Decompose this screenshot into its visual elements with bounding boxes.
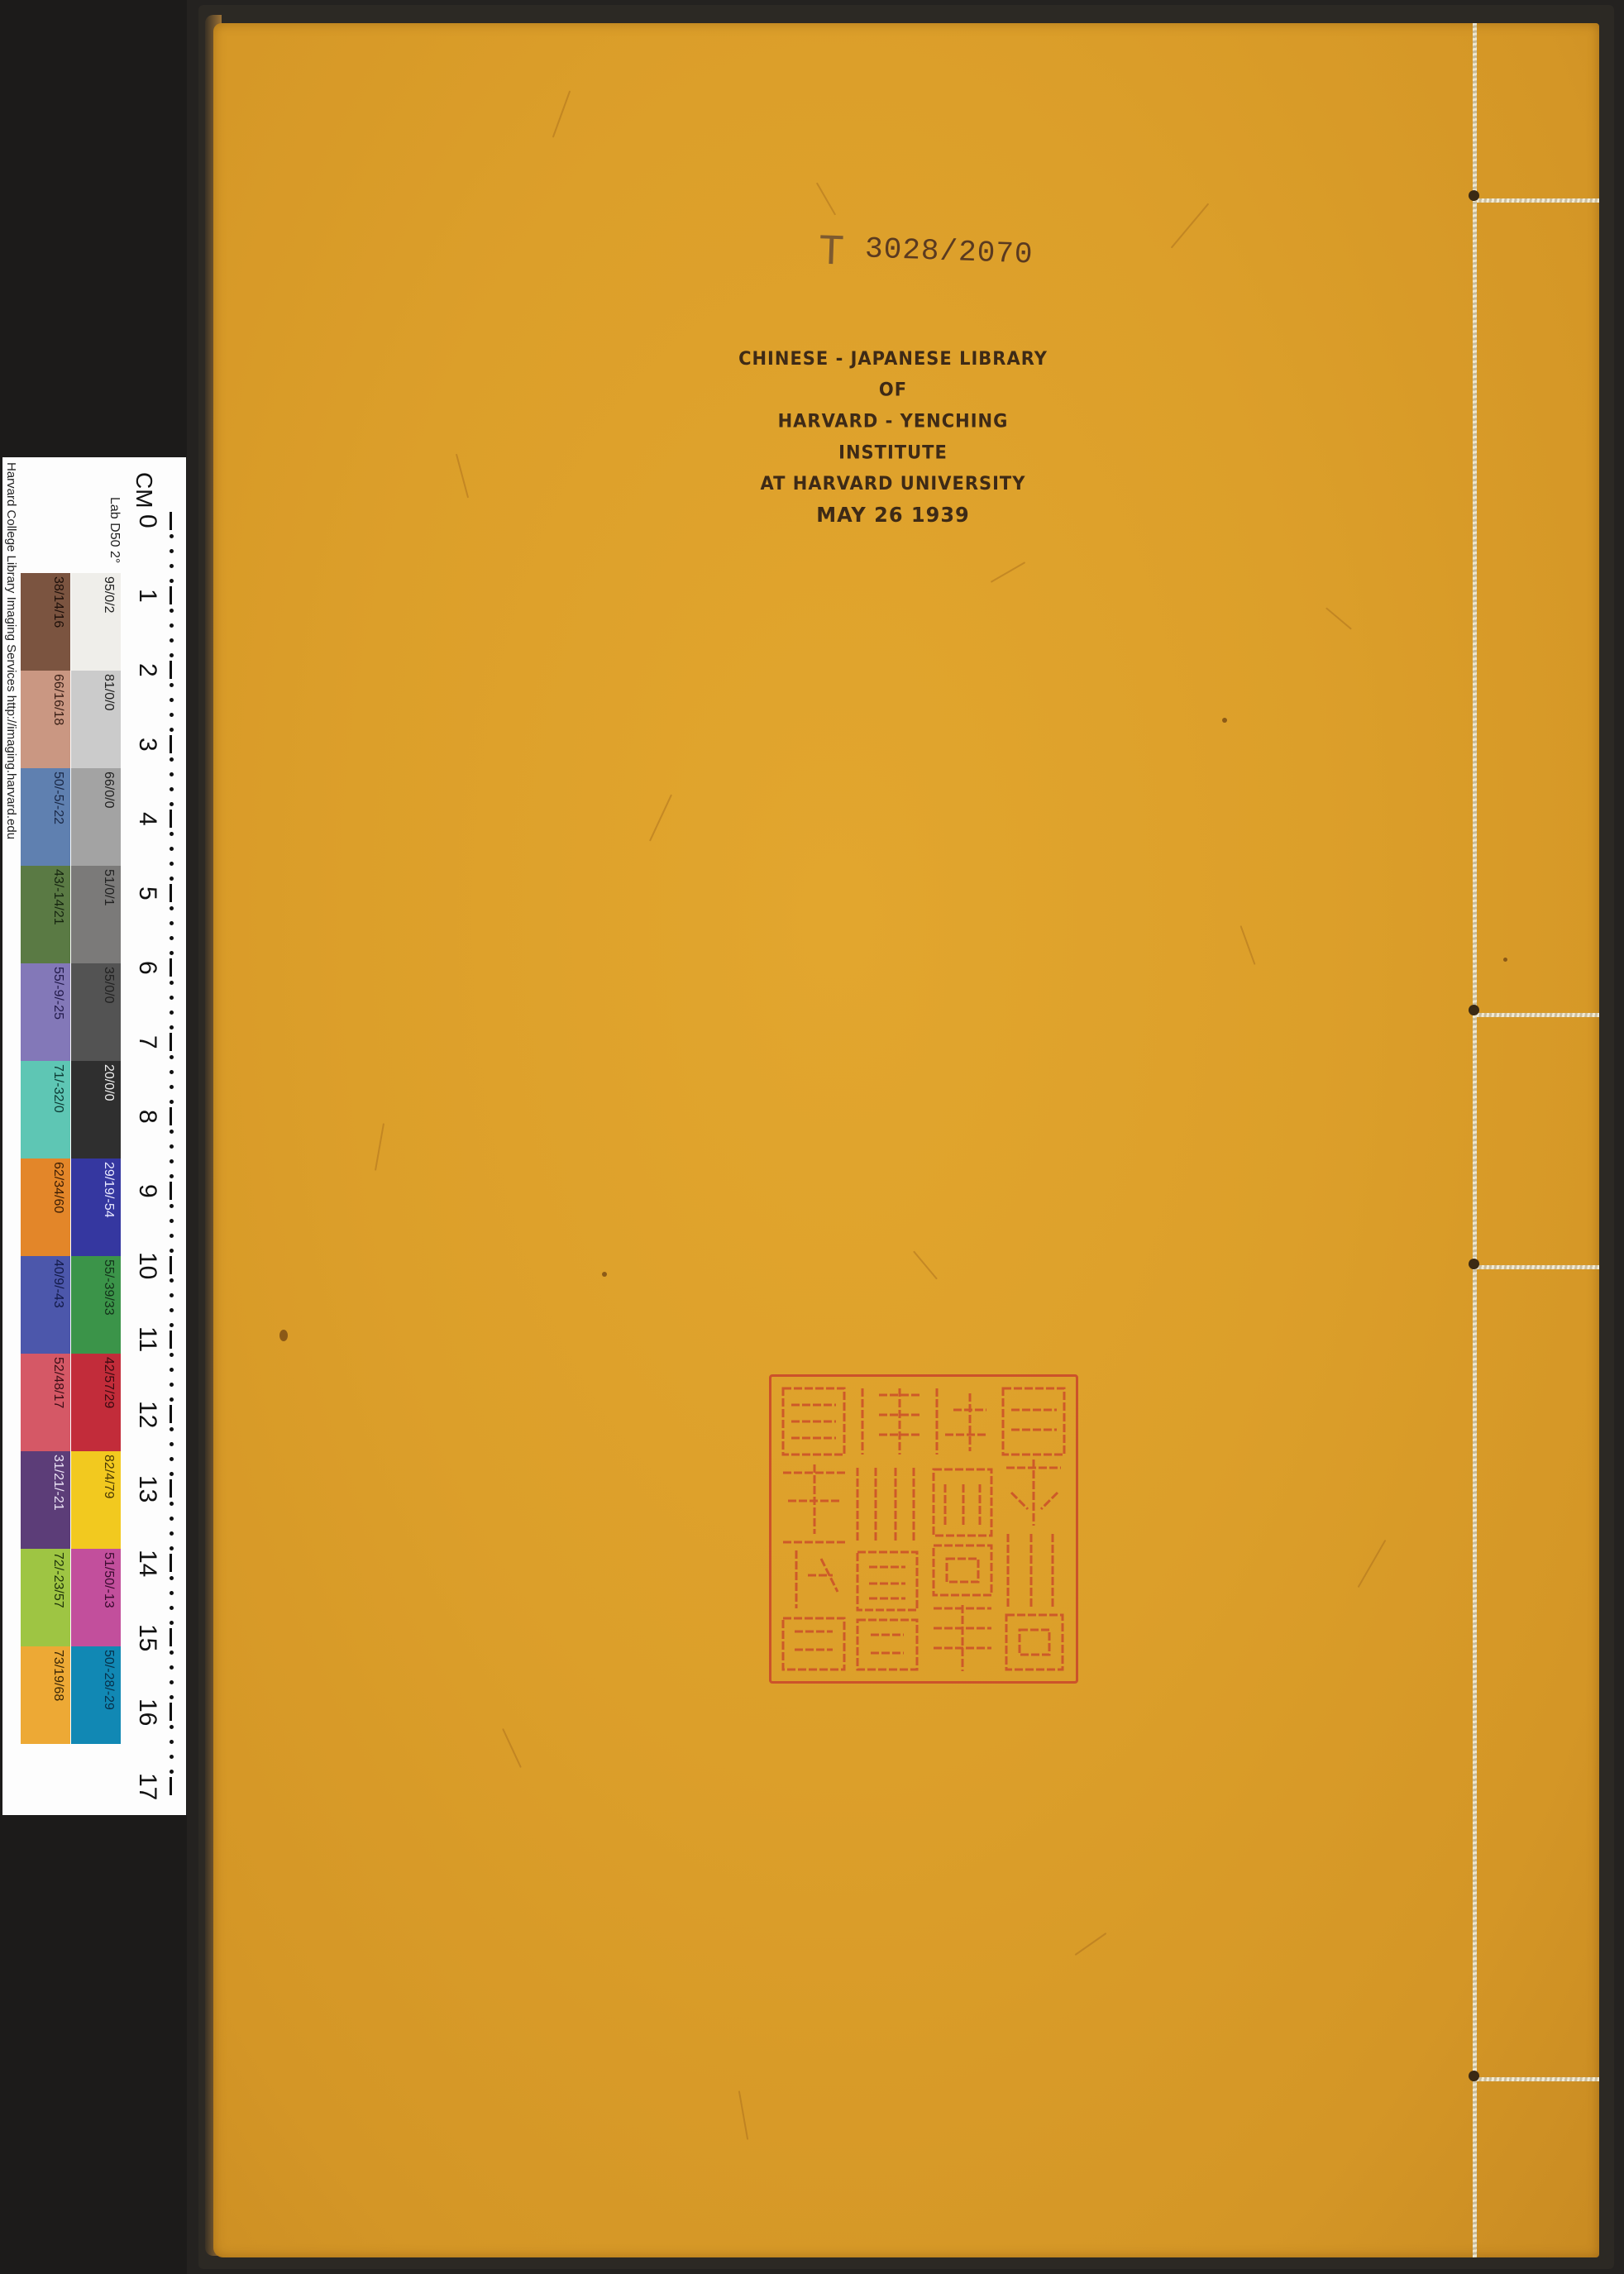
binding-thread-stitch-1	[1477, 198, 1599, 203]
ruler-mm-dot	[170, 1100, 174, 1104]
ruler-number: 8	[135, 1110, 160, 1124]
swatch-outer-3: 50/-5/-22	[21, 768, 70, 866]
ruler-tick	[170, 1033, 172, 1051]
ruler-tick	[170, 735, 172, 753]
ruler-mm-dot	[170, 951, 174, 955]
ruler-mm-dot	[170, 609, 174, 613]
ruler-tick	[170, 958, 172, 977]
ruler-number: 0	[135, 514, 160, 528]
ruler-mm-dot	[170, 1234, 174, 1238]
ruler-mm-dot	[170, 1725, 174, 1729]
ruler-mm-dot	[170, 1144, 174, 1149]
swatch-outer-12: 73/19/68	[21, 1646, 70, 1744]
ruler-mm-dot	[170, 1427, 174, 1431]
paper-fiber	[913, 1251, 938, 1280]
swatch-inner-8: 55/-39/33	[71, 1256, 121, 1354]
color-calibration-card: Harvard College Library Imaging Services…	[2, 457, 186, 1815]
swatch-outer-9: 52/48/17	[21, 1354, 70, 1451]
ruler-tick	[170, 586, 172, 604]
swatch-outer-1: 38/14/16	[21, 573, 70, 671]
paper-fiber	[1325, 607, 1352, 629]
ruler-mm-dot	[170, 1159, 174, 1163]
ruler-mm-dot	[170, 653, 174, 657]
swatch-inner-6: 20/0/0	[71, 1061, 121, 1158]
ruler-mm-dot	[170, 1010, 174, 1015]
paper-fiber	[1171, 203, 1210, 249]
ruler-mm-dot	[170, 1397, 174, 1402]
swatch-inner-5: 35/0/0	[71, 963, 121, 1061]
ruler-mm-dot	[170, 1695, 174, 1699]
ruler-mm-dot	[170, 772, 174, 776]
paper-fiber	[649, 794, 672, 841]
ruler-mm-dot	[170, 1025, 174, 1030]
ruler-mm-dot	[170, 623, 174, 628]
paper-fiber	[816, 183, 836, 216]
ruler-mm-dot	[170, 1621, 174, 1625]
ruler-mm-dot	[170, 1219, 174, 1223]
ruler-mm-dot	[170, 1174, 174, 1178]
binding-thread-stitch-3	[1477, 1265, 1599, 1269]
ruler-tick	[170, 1330, 172, 1349]
library-accession-stamp: CHINESE - JAPANESE LIBRARY OF HARVARD - …	[736, 343, 1050, 531]
ruler-number: 10	[135, 1252, 160, 1279]
paper-spot	[1503, 958, 1507, 962]
ruler-mm-dot	[170, 1353, 174, 1357]
paper-fiber	[1075, 1932, 1107, 1956]
swatch-outer-8: 40/9/-43	[21, 1256, 70, 1354]
ruler-mm-dot	[170, 921, 174, 925]
ruler-mm-dot	[170, 1293, 174, 1297]
ruler-tick	[170, 810, 172, 828]
ruler-number: 17	[135, 1773, 160, 1800]
ruler-mm-dot	[170, 906, 174, 910]
ruler-tick	[170, 661, 172, 679]
swatch-outer-7: 62/34/60	[21, 1158, 70, 1256]
ruler-mm-dot	[170, 1770, 174, 1774]
ruler-number: 6	[135, 961, 160, 975]
ruler-number: 14	[135, 1550, 160, 1577]
ruler-tick	[170, 1182, 172, 1200]
ruler-mm-dot	[170, 564, 174, 568]
ruler-mm-dot	[170, 1249, 174, 1253]
ruler-tick	[170, 1554, 172, 1572]
ruler-tick	[170, 1405, 172, 1423]
binding-hole	[1469, 1005, 1479, 1015]
paper-fiber	[502, 1728, 522, 1768]
swatch-inner-11: 51/50/-13	[71, 1549, 121, 1646]
ruler-mm-dot	[170, 981, 174, 985]
ruler-mm-dot	[170, 1546, 174, 1550]
binding-hole	[1469, 2071, 1479, 2081]
centimeter-ruler: 01234567891011121314151617	[127, 457, 186, 1815]
ruler-mm-dot	[170, 1517, 174, 1521]
credit-text: Harvard College Library Imaging Services…	[4, 457, 18, 839]
ruler-number: 2	[135, 663, 160, 677]
swatch-inner-7: 29/19/-54	[71, 1158, 121, 1256]
paper-fiber	[1358, 1540, 1387, 1588]
ruler-mm-dot	[170, 1502, 174, 1506]
paper-fiber	[738, 2090, 748, 2139]
ruler-mm-dot	[170, 1755, 174, 1759]
paper-fiber	[1240, 925, 1256, 965]
ruler-mm-dot	[170, 1606, 174, 1610]
call-number-prefix: T	[818, 227, 846, 277]
ruler-tick	[170, 512, 172, 530]
paper-fiber	[552, 90, 571, 137]
ruler-mm-dot	[170, 1383, 174, 1387]
ruler-tick	[170, 1107, 172, 1125]
ruler-mm-dot	[170, 847, 174, 851]
ruler-mm-dot	[170, 787, 174, 791]
ruler-mm-dot	[170, 996, 174, 1000]
ruler-tick	[170, 884, 172, 902]
card-credit: Harvard College Library Imaging Services…	[4, 457, 22, 1815]
ruler-mm-dot	[170, 1368, 174, 1372]
paper-fiber	[991, 561, 1026, 583]
ruler-number: 11	[135, 1326, 160, 1352]
ruler-mm-dot	[170, 1130, 174, 1134]
red-ownership-seal	[769, 1374, 1078, 1684]
ruler-number: 16	[135, 1698, 160, 1726]
seal-script-glyphs	[771, 1377, 1076, 1681]
ruler-number: 9	[135, 1184, 160, 1198]
swatch-outer-5: 55/-9/-25	[21, 963, 70, 1061]
ruler-mm-dot	[170, 1308, 174, 1312]
ruler-mm-dot	[170, 1576, 174, 1580]
ruler-number: 12	[135, 1401, 160, 1428]
ruler-mm-dot	[170, 877, 174, 881]
ruler-tick	[170, 1777, 172, 1795]
ruler-tick	[170, 1479, 172, 1498]
swatch-inner-4: 51/0/1	[71, 866, 121, 963]
ruler-mm-dot	[170, 1323, 174, 1327]
ruler-mm-dot	[170, 1531, 174, 1536]
swatch-inner-3: 66/0/0	[71, 768, 121, 866]
ruler-number: 13	[135, 1475, 160, 1502]
ruler-mm-dot	[170, 1070, 174, 1074]
binding-thread-stitch-2	[1477, 1013, 1599, 1017]
ruler-mm-dot	[170, 1740, 174, 1744]
binding-hole	[1469, 1259, 1479, 1269]
swatch-inner-12: 50/-28/-29	[71, 1646, 121, 1744]
swatch-inner-2: 81/0/0	[71, 671, 121, 768]
ruler-number: 1	[135, 589, 160, 603]
binding-thread-stitch-4	[1477, 2077, 1599, 2081]
call-number-value: 3028/2070	[864, 232, 1034, 271]
ruler-mm-dot	[170, 1085, 174, 1089]
ruler-mm-dot	[170, 683, 174, 687]
ruler-mm-dot	[170, 1591, 174, 1595]
ruler-mm-dot	[170, 713, 174, 717]
ruler-mm-dot	[170, 757, 174, 762]
ruler-mm-dot	[170, 728, 174, 732]
paper-fiber	[375, 1123, 385, 1170]
ruler-mm-dot	[170, 1055, 174, 1059]
ruler-mm-dot	[170, 1665, 174, 1670]
ruler-tick	[170, 1703, 172, 1721]
ruler-mm-dot	[170, 1680, 174, 1684]
ruler-number: 15	[135, 1624, 160, 1651]
ruler-mm-dot	[170, 638, 174, 643]
ruler-mm-dot	[170, 534, 174, 538]
stamp-line-2: HARVARD - YENCHING INSTITUTE	[736, 405, 1050, 468]
ruler-mm-dot	[170, 1204, 174, 1208]
ruler-mm-dot	[170, 1457, 174, 1461]
swatch-outer-11: 72/-23/57	[21, 1549, 70, 1646]
ruler-number: 7	[135, 1035, 160, 1049]
ruler-mm-dot	[170, 802, 174, 806]
ruler-number: 5	[135, 886, 160, 901]
ruler-mm-dot	[170, 698, 174, 702]
binding-hole	[1469, 190, 1479, 201]
ruler-mm-dot	[170, 832, 174, 836]
paper-spot	[279, 1330, 288, 1341]
swatch-inner-1: 95/0/2	[71, 573, 121, 671]
stamp-date: MAY 26 1939	[736, 499, 1050, 531]
ruler-mm-dot	[170, 549, 174, 553]
ruler-mm-dot	[170, 1442, 174, 1446]
ruler-mm-dot	[170, 579, 174, 583]
paper-fiber	[456, 454, 469, 499]
ruler-tick	[170, 1256, 172, 1274]
lab-standard-label: Lab D50 2°	[107, 497, 122, 563]
swatch-outer-10: 31/21/-21	[21, 1451, 70, 1549]
swatch-outer-6: 71/-32/0	[21, 1061, 70, 1158]
call-number-stamp: T3028/2070	[818, 219, 1034, 275]
swatch-outer-2: 66/16/18	[21, 671, 70, 768]
ruler-mm-dot	[170, 1472, 174, 1476]
swatch-outer-4: 43/-14/21	[21, 866, 70, 963]
ruler-mm-dot	[170, 862, 174, 866]
swatch-inner-9: 42/57/29	[71, 1354, 121, 1451]
ruler-number: 3	[135, 738, 160, 752]
paper-spot	[1222, 718, 1227, 723]
ruler-mm-dot	[170, 1278, 174, 1283]
ruler-mm-dot	[170, 1651, 174, 1655]
ruler-number: 4	[135, 812, 160, 826]
stamp-line-1: CHINESE - JAPANESE LIBRARY OF	[736, 343, 1050, 406]
swatch-inner-10: 82/4/79	[71, 1451, 121, 1549]
ruler-tick	[170, 1628, 172, 1646]
ruler-mm-dot	[170, 936, 174, 940]
stamp-line-3: AT HARVARD UNIVERSITY	[736, 468, 1050, 499]
paper-spot	[602, 1272, 607, 1277]
binding-thread-vertical	[1473, 23, 1477, 2257]
